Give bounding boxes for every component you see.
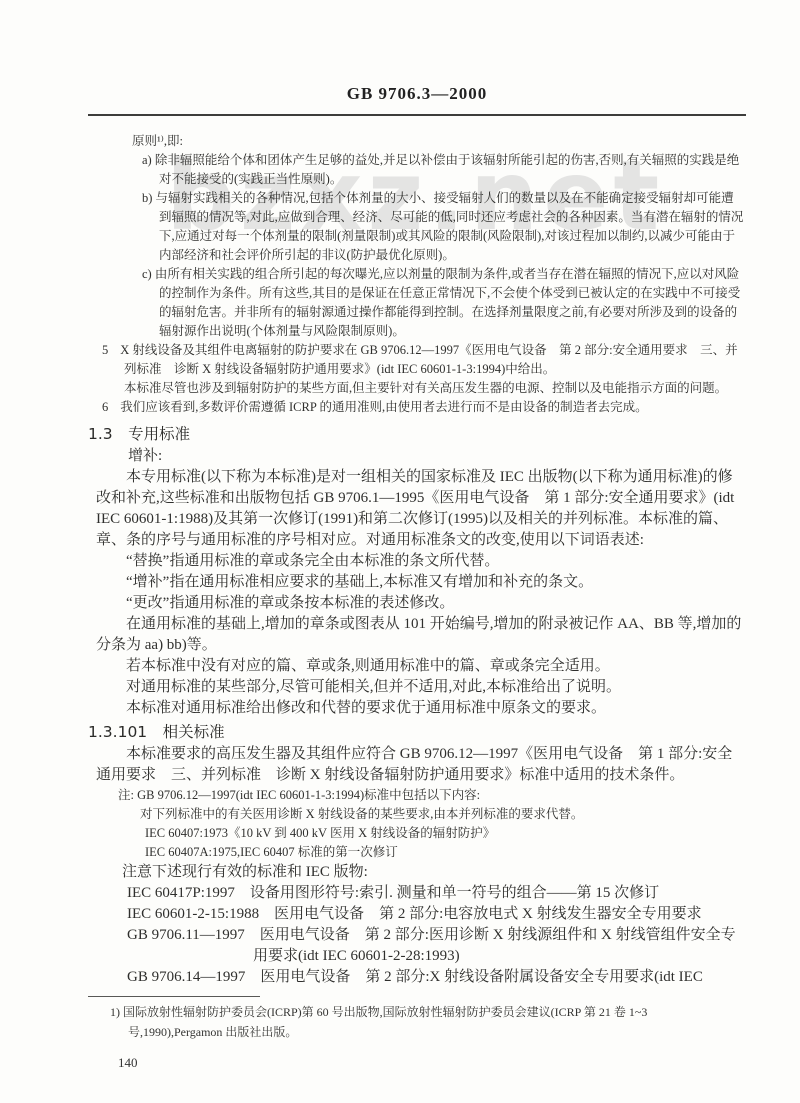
standard-code: GB 9706.3—2000 <box>88 84 746 104</box>
reference-gb9706-14: GB 9706.14—1997 医用电气设备 第 2 部分:X 射线设备附属设备… <box>127 967 746 988</box>
note-item-5-text: X 射线设备及其组件电离辐射的防护要求在 GB 9706.12—1997《医用电… <box>120 343 737 376</box>
note-item-c: c) 由所有相关实践的组合所引起的每次曝光,应以剂量的限制为条件,或者当存在潜在… <box>142 265 746 341</box>
paragraph-amend-def: “更改”指通用标准的章或条按本标准的表述修改。 <box>96 593 746 614</box>
note-item-6-number: 6 <box>102 400 108 414</box>
attention-line: 注意下述现行有效的标准和 IEC 版物: <box>122 862 746 883</box>
header-rule <box>88 114 746 116</box>
note-item-6-text: 我们应该看到,多数评价需遵循 ICRP 的通用准则,由使用者去进行而不是由设备的… <box>120 400 647 414</box>
note-ref-iec60407: IEC 60407:1973《10 kV 到 400 kV 医用 X 射线设备的… <box>145 824 746 843</box>
foreword-notes-section: 原则¹⁾,即: a) 除非辐照能给个体和团体产生足够的益处,并足以补偿由于该辐射… <box>88 132 746 417</box>
section-1-3-heading: 1.3 专用标准 <box>88 423 746 446</box>
paragraph-numbering-rule: 在通用标准的基础上,增加的章条或图表从 101 开始编号,增加的附录被记作 AA… <box>96 614 746 656</box>
paragraph-priority-rule: 本标准对通用标准给出修改和代替的要求优于通用标准中原条文的要求。 <box>96 698 746 719</box>
section-1-3: 1.3 专用标准 增补: 本专用标准(以下称为本标准)是对一组相关的国家标准及 … <box>88 423 746 719</box>
note-block: 注: GB 9706.12—1997(idt IEC 60601-1-3:199… <box>88 786 746 862</box>
paragraph-related-standards: 本标准要求的高压发生器及其组件应符合 GB 9706.12—1997《医用电气设… <box>96 744 746 786</box>
section-1-3-101-heading: 1.3.101 相关标准 <box>88 721 746 744</box>
supplement-label: 增补: <box>128 446 746 467</box>
paragraph-scope: 本专用标准(以下称为本标准)是对一组相关的国家标准及 IEC 出版物(以下称为通… <box>96 467 746 551</box>
page-number: 140 <box>118 1054 746 1072</box>
section-1-3-101: 1.3.101 相关标准 本标准要求的高压发生器及其组件应符合 GB 9706.… <box>88 721 746 988</box>
note-item-a: a) 除非辐照能给个体和团体产生足够的益处,并足以补偿由于该辐射所能引起的伤害,… <box>142 151 746 189</box>
paragraph-not-applicable: 对通用标准的某些部分,尽管可能相关,但并不适用,对此,本标准给出了说明。 <box>96 677 746 698</box>
paragraph-supplement-def: “增补”指在通用标准相应要求的基础上,本标准又有增加和补充的条文。 <box>96 572 746 593</box>
reference-iec60417p: IEC 60417P:1997 设备用图形符号:索引. 测量和单一符号的组合——… <box>127 883 746 904</box>
note-item-5: 5X 射线设备及其组件电离辐射的防护要求在 GB 9706.12—1997《医用… <box>102 341 746 379</box>
footnote-rule <box>88 996 260 997</box>
note-item-6: 6我们应该看到,多数评价需遵循 ICRP 的通用准则,由使用者去进行而不是由设备… <box>102 398 746 417</box>
page-header: GB 9706.3—2000 <box>88 84 746 116</box>
paragraph-replace-def: “替换”指通用标准的章或条完全由本标准的条文所代替。 <box>96 551 746 572</box>
note-item-5-number: 5 <box>102 343 108 357</box>
notes-intro: 原则¹⁾,即: <box>132 132 746 151</box>
note-head: 注: GB 9706.12—1997(idt IEC 60601-1-3:199… <box>118 786 746 805</box>
reference-iec60601-2-15: IEC 60601-2-15:1988 医用电气设备 第 2 部分:电容放电式 … <box>127 904 746 925</box>
page-content: GB 9706.3—2000 原则¹⁾,即: a) 除非辐照能给个体和团体产生足… <box>0 0 800 1072</box>
note-ref-iec60407a: IEC 60407A:1975,IEC 60407 标准的第一次修订 <box>145 843 746 862</box>
note-item-b: b) 与辐射实践相关的各种情况,包括个体剂量的大小、接受辐射人们的数量以及在不能… <box>142 189 746 265</box>
note-sub: 对下列标准中的有关医用诊断 X 射线设备的某些要求,由本并列标准的要求代替。 <box>140 805 746 824</box>
paragraph-apply-rule: 若本标准中没有对应的篇、章或条,则通用标准中的篇、章或条完全适用。 <box>96 656 746 677</box>
reference-gb9706-11: GB 9706.11—1997 医用电气设备 第 2 部分:医用诊断 X 射线源… <box>127 925 746 967</box>
document-page: bzxz.net GB 9706.3—2000 原则¹⁾,即: a) 除非辐照能… <box>0 0 800 1103</box>
note-item-5-followup: 本标准尽管也涉及到辐射防护的某些方面,但主要针对有关高压发生器的电源、控制以及电… <box>124 379 746 398</box>
footnote-icrp: 1) 国际放射性辐射防护委员会(ICRP)第 60 号出版物,国际放射性辐射防护… <box>110 1002 740 1042</box>
page-footer: 1) 国际放射性辐射防护委员会(ICRP)第 60 号出版物,国际放射性辐射防护… <box>88 996 746 1072</box>
